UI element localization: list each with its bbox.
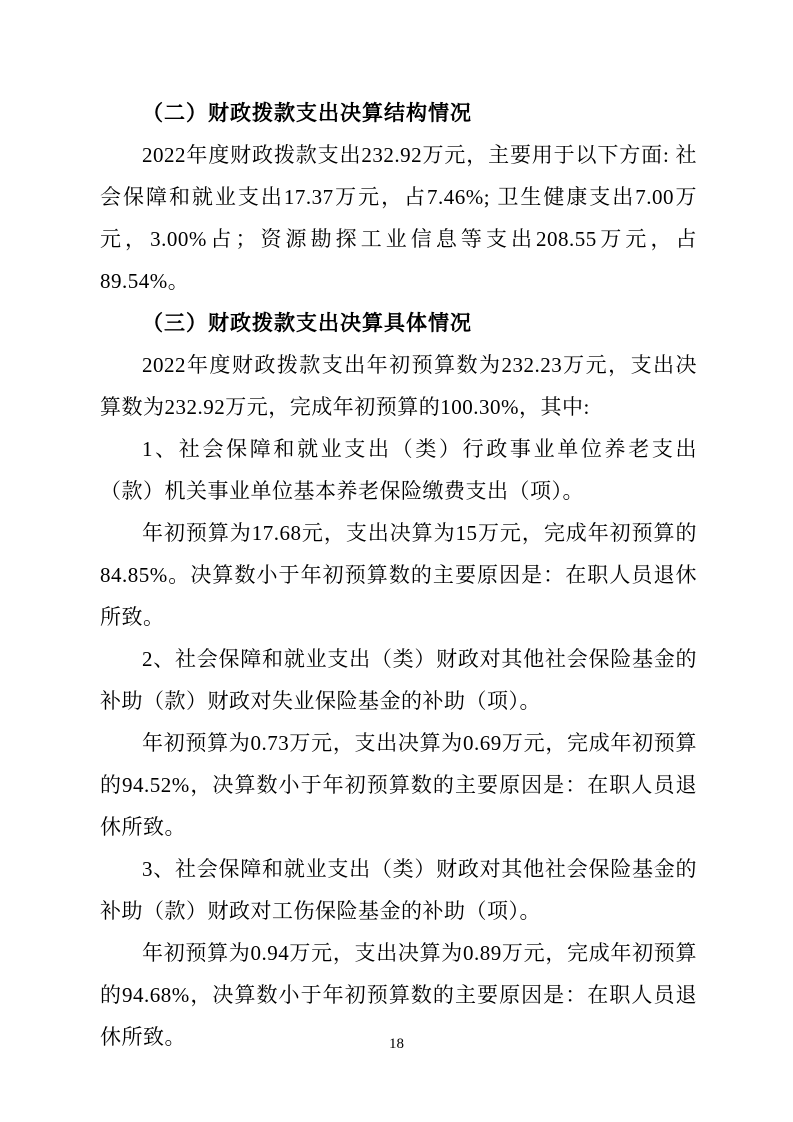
paragraph-item-2-title: 2、社会保障和就业支出（类）财政对其他社会保险基金的补助（款）财政对失业保险基金…	[100, 638, 697, 722]
paragraph-overall-budget: 2022年度财政拨款支出年初预算数为232.23万元，支出决算数为232.92万…	[100, 344, 697, 428]
page-number: 18	[0, 1034, 793, 1054]
section-heading-3: （三）财政拨款支出决算具体情况	[100, 302, 697, 344]
section-heading-2: （二）财政拨款支出决算结构情况	[100, 92, 697, 134]
paragraph-item-1-title: 1、社会保障和就业支出（类）行政事业单位养老支出（款）机关事业单位基本养老保险缴…	[100, 428, 697, 512]
paragraph-expenditure-structure: 2022年度财政拨款支出232.92万元，主要用于以下方面: 社会保障和就业支出…	[100, 134, 697, 302]
paragraph-item-3-title: 3、社会保障和就业支出（类）财政对其他社会保险基金的补助（款）财政对工伤保险基金…	[100, 848, 697, 932]
paragraph-item-1-detail: 年初预算为17.68元，支出决算为15万元，完成年初预算的84.85%。决算数小…	[100, 512, 697, 638]
document-content: （二）财政拨款支出决算结构情况 2022年度财政拨款支出232.92万元，主要用…	[100, 92, 697, 1058]
document-page: （二）财政拨款支出决算结构情况 2022年度财政拨款支出232.92万元，主要用…	[0, 0, 793, 1122]
paragraph-item-2-detail: 年初预算为0.73万元，支出决算为0.69万元，完成年初预算的94.52%，决算…	[100, 722, 697, 848]
